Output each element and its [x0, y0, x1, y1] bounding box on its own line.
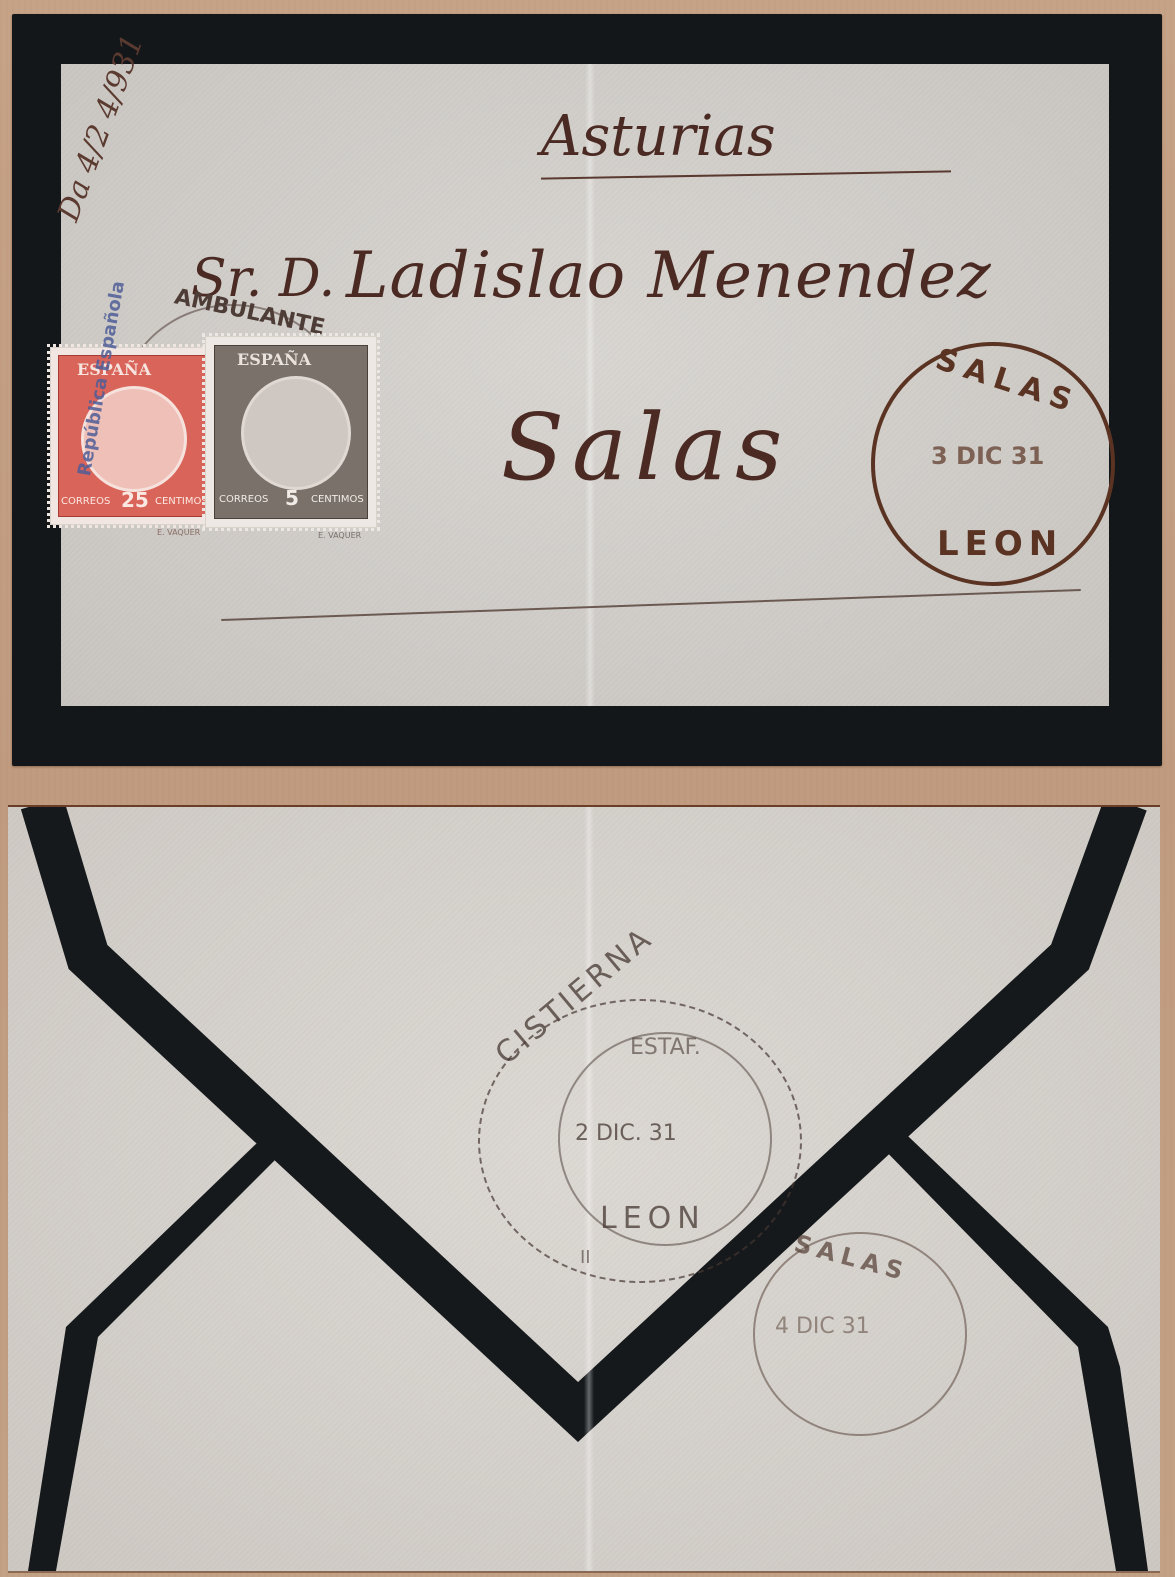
envelope-front: Da 4/2 4/931 Asturias Sr. D. Ladislao Me… — [12, 14, 1162, 766]
stamp-label-centimos: CENTIMOS — [155, 496, 208, 507]
stamp-label-correos: CORREOS — [219, 494, 268, 505]
stamp-country: ESPAÑA — [237, 350, 311, 369]
address-recipient: Ladislao Menendez — [346, 239, 992, 313]
city-underline — [221, 589, 1081, 621]
postmark-salas-arrival-top: SALAS — [791, 1229, 911, 1286]
postmark-cistierna-inner-ring — [558, 1032, 772, 1246]
stamp-label-correos: CORREOS — [61, 496, 110, 507]
docket-note: Da 4/2 4/931 — [51, 30, 151, 226]
stamp-printer: E. VAQUER — [318, 531, 361, 540]
postmark-salas-arrival-date: 4 DIC 31 — [775, 1314, 870, 1339]
postage-stamp-25c: ESPAÑA República Española CORREOS 25 CEN… — [50, 347, 215, 525]
address-city: Salas — [501, 394, 790, 501]
region-underline — [541, 170, 951, 179]
stamp-value: 25 — [121, 488, 149, 512]
envelope-front-paper: Da 4/2 4/931 Asturias Sr. D. Ladislao Me… — [61, 64, 1109, 706]
postmark-salas-arrival: SALAS 4 DIC 31 — [753, 1232, 967, 1436]
postmark-cistierna-suffix: II — [580, 1247, 591, 1268]
stamp-portrait — [241, 376, 351, 490]
postage-stamp-5c: ESPAÑA CORREOS 5 CENTIMOS E. VAQUER — [205, 336, 377, 528]
postmark-salas-top: SALAS — [931, 342, 1083, 421]
stamp-value: 5 — [285, 486, 299, 510]
postmark-salas: SALAS 3 DIC 31 LEON — [871, 342, 1115, 586]
postmark-salas-date: 3 DIC 31 — [931, 442, 1044, 470]
stamp-frame: ESPAÑA CORREOS 5 CENTIMOS — [214, 345, 368, 519]
postmark-salas-bottom: LEON — [937, 524, 1063, 564]
address-region: Asturias — [541, 104, 776, 169]
stamp-label-centimos: CENTIMOS — [311, 494, 364, 505]
envelope-back: CISTIERNA ESTAF. 2 DIC. 31 LEON II SALAS… — [8, 805, 1160, 1573]
stamp-frame: ESPAÑA República Española CORREOS 25 CEN… — [58, 355, 207, 517]
stamp-printer: E. VAQUER — [157, 528, 200, 537]
